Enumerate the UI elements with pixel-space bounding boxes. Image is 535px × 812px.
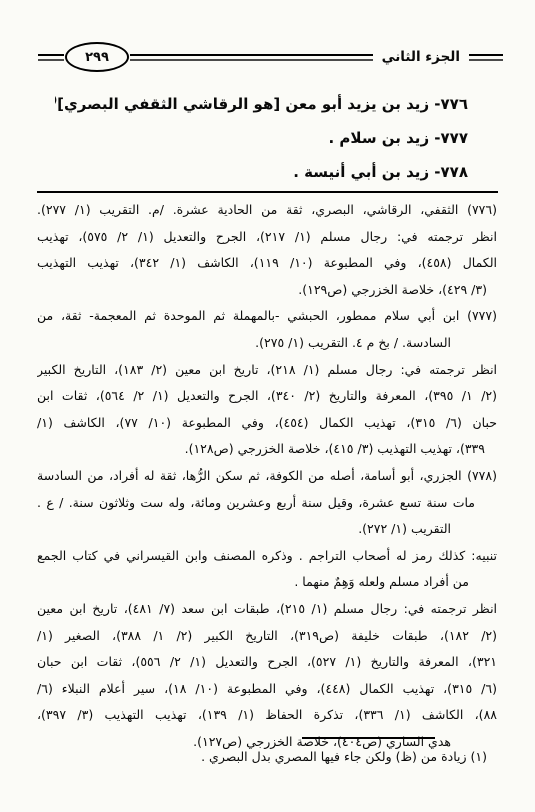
entries-section: ٧٧٦- زيد بن يزيد أبو معن [هو الرقاشي الث… bbox=[55, 84, 468, 189]
entry-777-text: ٧٧٧- زيد بن سلام . bbox=[329, 129, 468, 147]
footnote-line: (٢/ ١/ ٣٩٥)، المعرفة والتاريخ (٢/ ٣٤٠)، … bbox=[37, 383, 497, 410]
footnote-line: (٧٧٧) ابن أبي سلام ممطور، الحبشي -بالمهم… bbox=[37, 303, 497, 330]
entry-777: ٧٧٧- زيد بن سلام . bbox=[55, 121, 468, 155]
footnote-line: مات سنة تسع عشرة، وقيل سنة أربع وعشرين و… bbox=[37, 490, 497, 517]
entry-776: ٧٧٦- زيد بن يزيد أبو معن [هو الرقاشي الث… bbox=[55, 84, 468, 121]
entry-778-text: ٧٧٨- زيد بن أبي أنيسة . bbox=[293, 163, 468, 181]
footnote-line: (٧٧٨) الجزري، أبو أسامة، أصله من الكوفة،… bbox=[37, 463, 497, 490]
page-number-oval: ٢٩٩ bbox=[65, 42, 129, 72]
footnote-line: من أفراد مسلم ولعله وَهِمٌ منهما . bbox=[37, 569, 497, 596]
apparatus-divider bbox=[302, 737, 435, 739]
footnote-line: انظر ترجمته في: رجال مسلم (١/ ٢١٥)، طبقا… bbox=[37, 596, 497, 623]
footnote-line: حبان (٦/ ٣١٥)، تهذيب الكمال (٤٥٤)، وفي ا… bbox=[37, 410, 497, 437]
footnote-separator bbox=[37, 191, 498, 193]
footnote-line: (٢/ ١٨٢)، طبقات خليفة (ص٣١٩)، التاريخ ال… bbox=[37, 623, 497, 650]
footnote-line: ٣٣٩)، تهذيب التهذيب (٣/ ٤١٥)، خلاصة الخز… bbox=[37, 436, 497, 463]
header-rule-left bbox=[38, 54, 64, 61]
footnote-line: ٣٢١)، المعرفة والتاريخ (١/ ٥٢٧)، الجرح و… bbox=[37, 649, 497, 676]
header-rule-right bbox=[469, 54, 503, 61]
footnote-line: التقريب (١/ ٢٧٢). bbox=[37, 516, 497, 543]
footnote-line: ٨٨)، الكاشف (١/ ٣٣٦)، تذكرة الحفاظ (١/ ١… bbox=[37, 702, 497, 729]
footnote-line: (٣/ ٤٢٩)، خلاصة الخزرجي (ص١٢٩). bbox=[37, 277, 497, 304]
footnote-line: انظر ترجمته في: رجال مسلم (١/ ٢١٧)، الجر… bbox=[37, 224, 497, 251]
header-rule-middle bbox=[130, 54, 373, 61]
footnote-line: تنبيه: كذلك رمز له أصحاب التراجم . وذكره… bbox=[37, 543, 497, 570]
book-page: الجزء الثاني ٢٩٩ ٧٧٦- زيد بن يزيد أبو مع… bbox=[0, 0, 535, 812]
footnote-line: الكمال (٤٥٨)، وفي المطبوعة (١٠/ ١١٩)، ال… bbox=[37, 250, 497, 277]
volume-title: الجزء الثاني bbox=[382, 49, 460, 65]
page-number: ٢٩٩ bbox=[85, 50, 109, 65]
entry-778: ٧٧٨- زيد بن أبي أنيسة . bbox=[55, 155, 468, 189]
entry-776-text: ٧٧٦- زيد بن يزيد أبو معن [هو الرقاشي الث… bbox=[57, 95, 468, 113]
footnote-line: السادسة. / بخ م ٤. التقريب (١/ ٢٧٥). bbox=[37, 330, 497, 357]
footnote-line: (٧٧٦) الثقفي، الرقاشي، البصري، ثقة من ال… bbox=[37, 197, 497, 224]
footnotes-section: (٧٧٦) الثقفي، الرقاشي، البصري، ثقة من ال… bbox=[37, 197, 497, 755]
apparatus-note: (١) زيادة من (ظ) ولكن جاء فيها المصري بد… bbox=[38, 744, 487, 770]
footnote-line: انظر ترجمته في: رجال مسلم (١/ ٢١٨)، تاري… bbox=[37, 357, 497, 384]
footnote-line: (٦/ ٣١٥)، تهذيب الكمال (٤٤٨)، وفي المطبو… bbox=[37, 676, 497, 703]
page-header: الجزء الثاني ٢٩٩ bbox=[38, 42, 503, 72]
